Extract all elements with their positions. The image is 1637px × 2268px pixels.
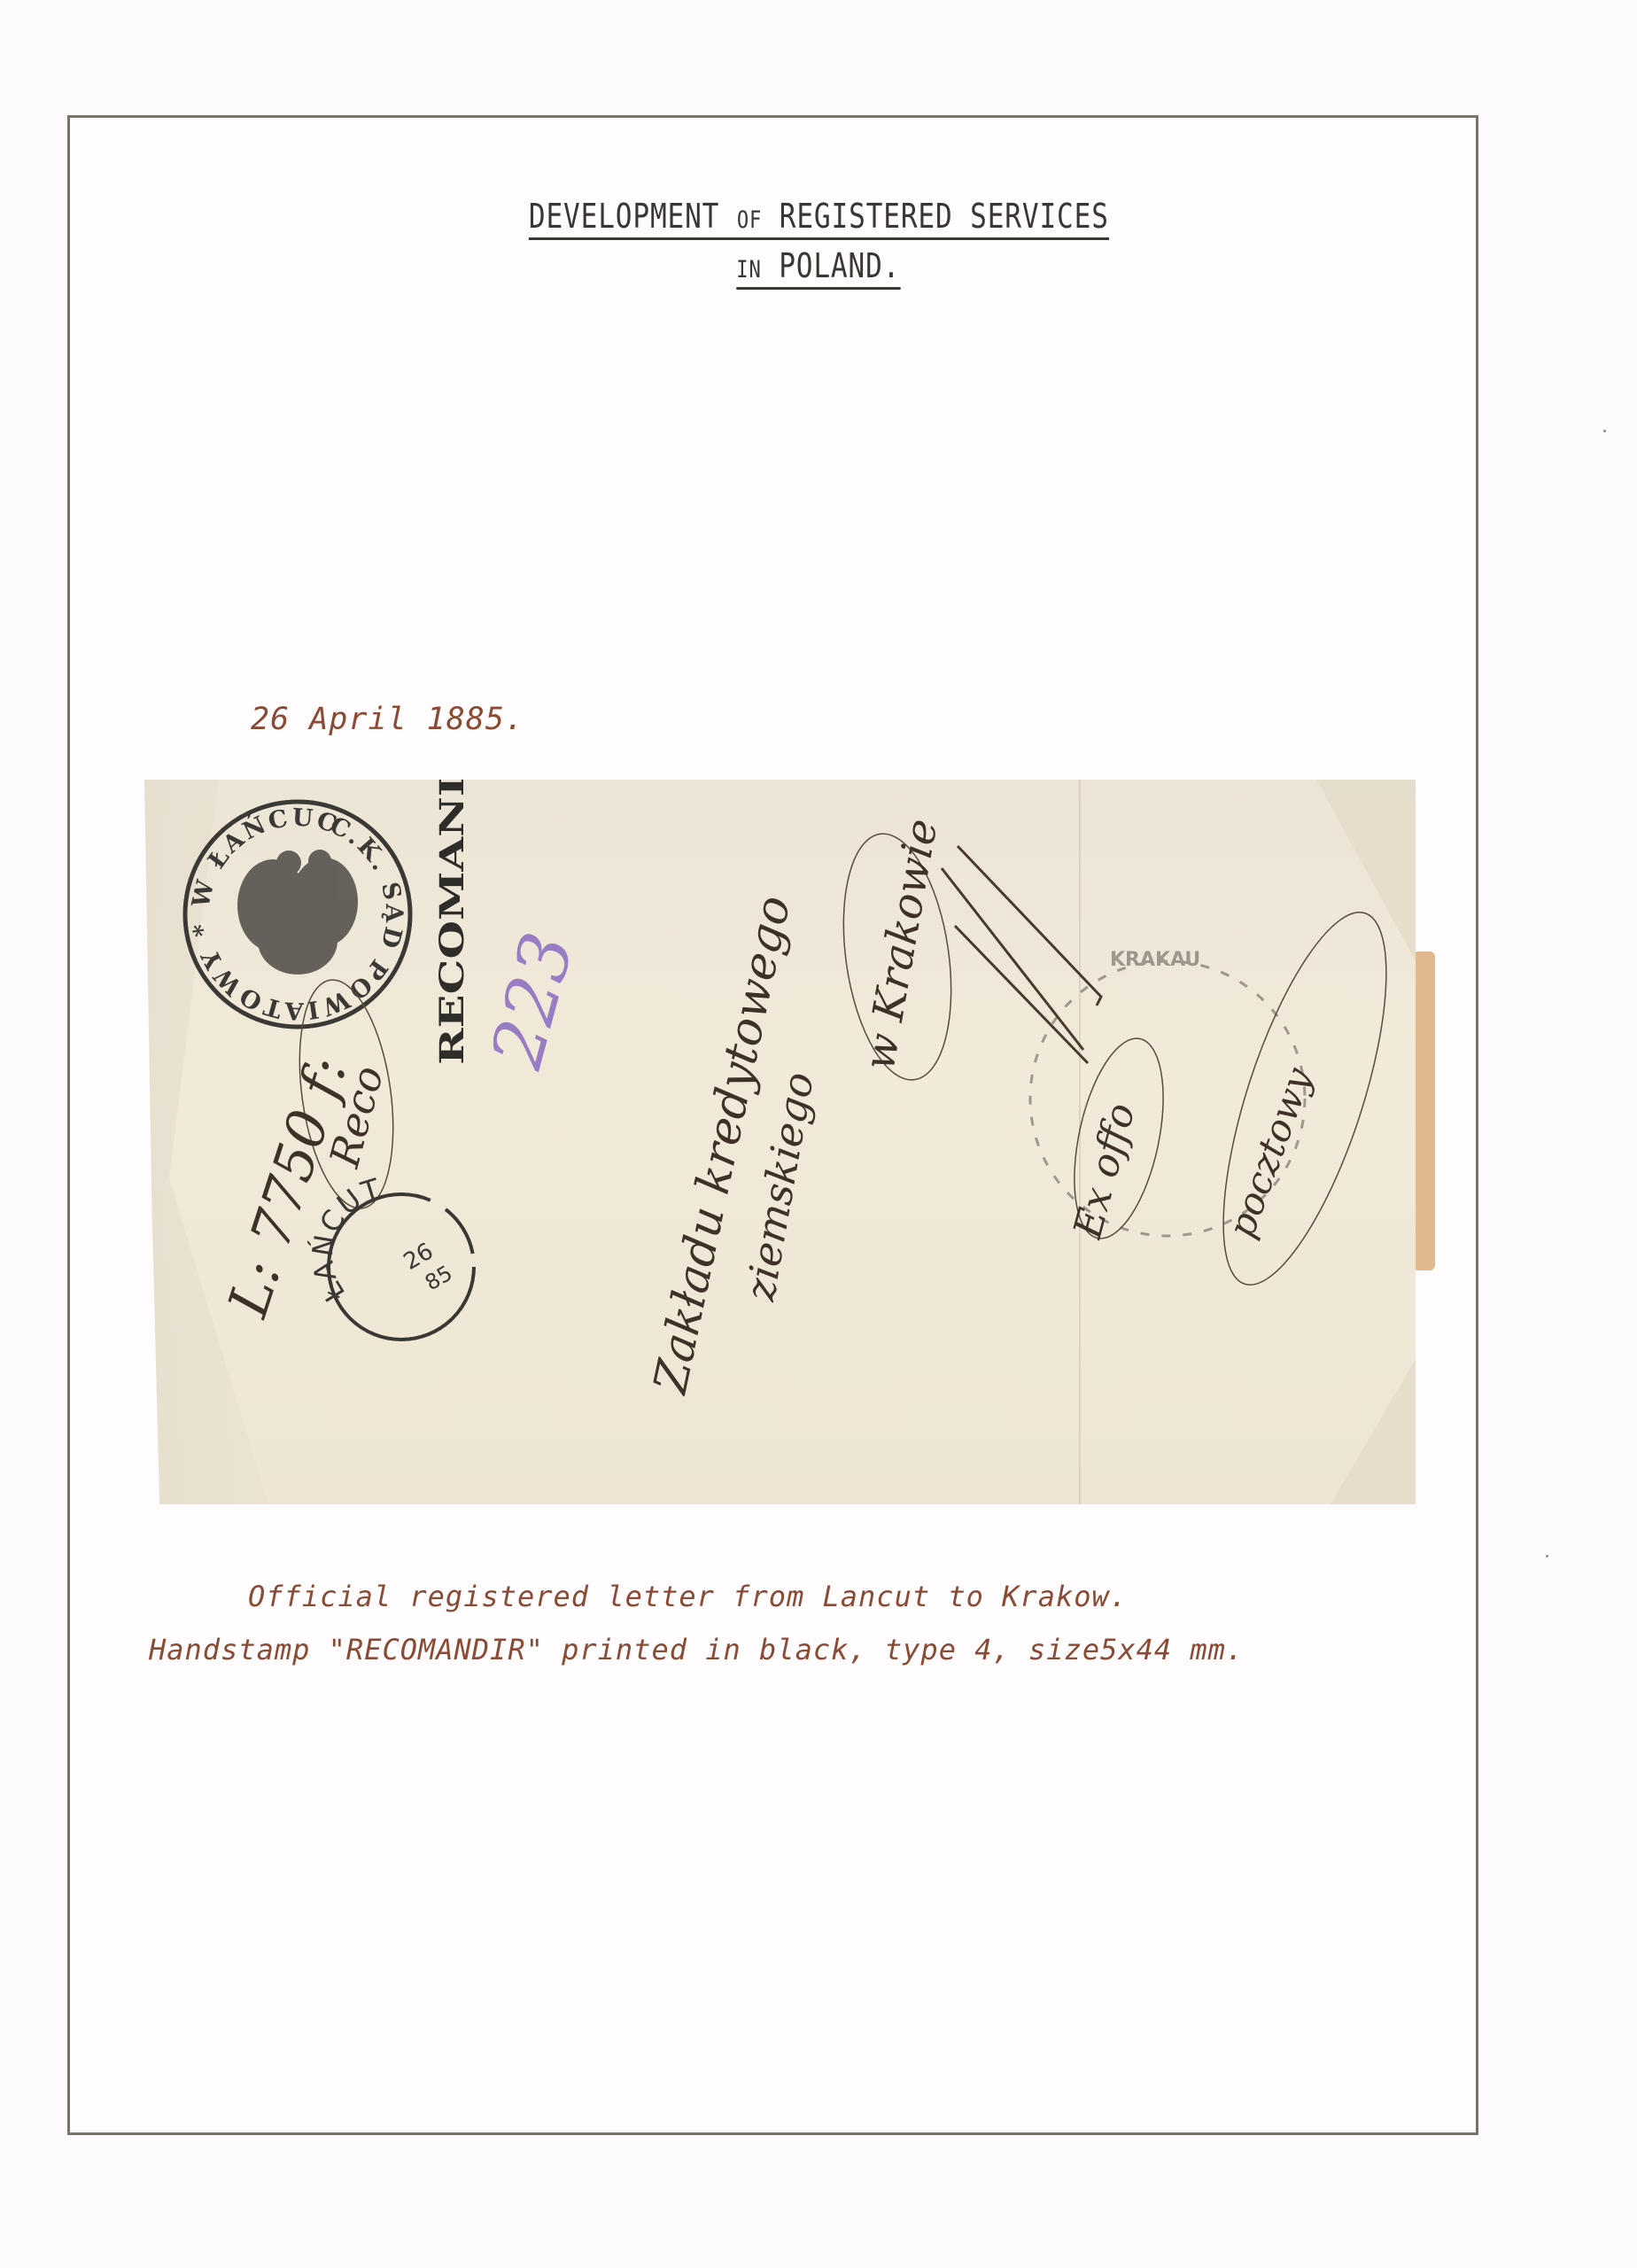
page-title-line-1: DEVELOPMENT OF REGISTERED SERVICES: [0, 197, 1637, 240]
violet-register-number: 223: [475, 924, 590, 1077]
paper-speck: [1546, 1555, 1548, 1557]
recomandir-handstamp: RECOMANDI: [433, 737, 471, 1065]
title-word-development: DEVELOPMENT: [529, 197, 719, 236]
manuscript-stroke-mark: [942, 846, 1101, 1063]
eagle-emblem-icon: [237, 850, 358, 975]
title-word-registered-services: REGISTERED SERVICES: [779, 197, 1108, 236]
envelope-repair-tab: [1416, 951, 1435, 1270]
court-seal-stamp: C.K. SĄD POWIATOWY * W ŁAŃCUCIE *: [156, 773, 439, 1055]
envelope-markings: C.K. SĄD POWIATOWY * W ŁAŃCUCIE * RECOMA…: [144, 780, 1416, 1504]
ex-offo-note: Ex offo: [1065, 1099, 1144, 1244]
caption-line-1: Official registered letter from Lancut t…: [248, 1580, 1128, 1613]
date-note: 26 April 1885.: [251, 702, 524, 737]
paper-speck: [1603, 430, 1606, 432]
registered-letter-cover: C.K. SĄD POWIATOWY * W ŁAŃCUCIE * RECOMA…: [144, 780, 1416, 1504]
bottom-right-word: pocztowy: [1219, 1061, 1321, 1244]
lancut-postmark: ŁAŃCUT 26 85: [306, 1171, 474, 1340]
title-word-of: OF: [737, 206, 762, 234]
title-word-in: IN: [737, 256, 762, 283]
address-line-3: w Krakowie: [855, 815, 948, 1074]
svg-text:KRAKAU: KRAKAU: [1110, 949, 1200, 971]
page-title-line-2: IN POLAND.: [0, 246, 1637, 290]
title-word-poland: POLAND.: [779, 246, 900, 285]
caption-line-2: Handstamp "RECOMANDIR" printed in black,…: [149, 1633, 1244, 1666]
